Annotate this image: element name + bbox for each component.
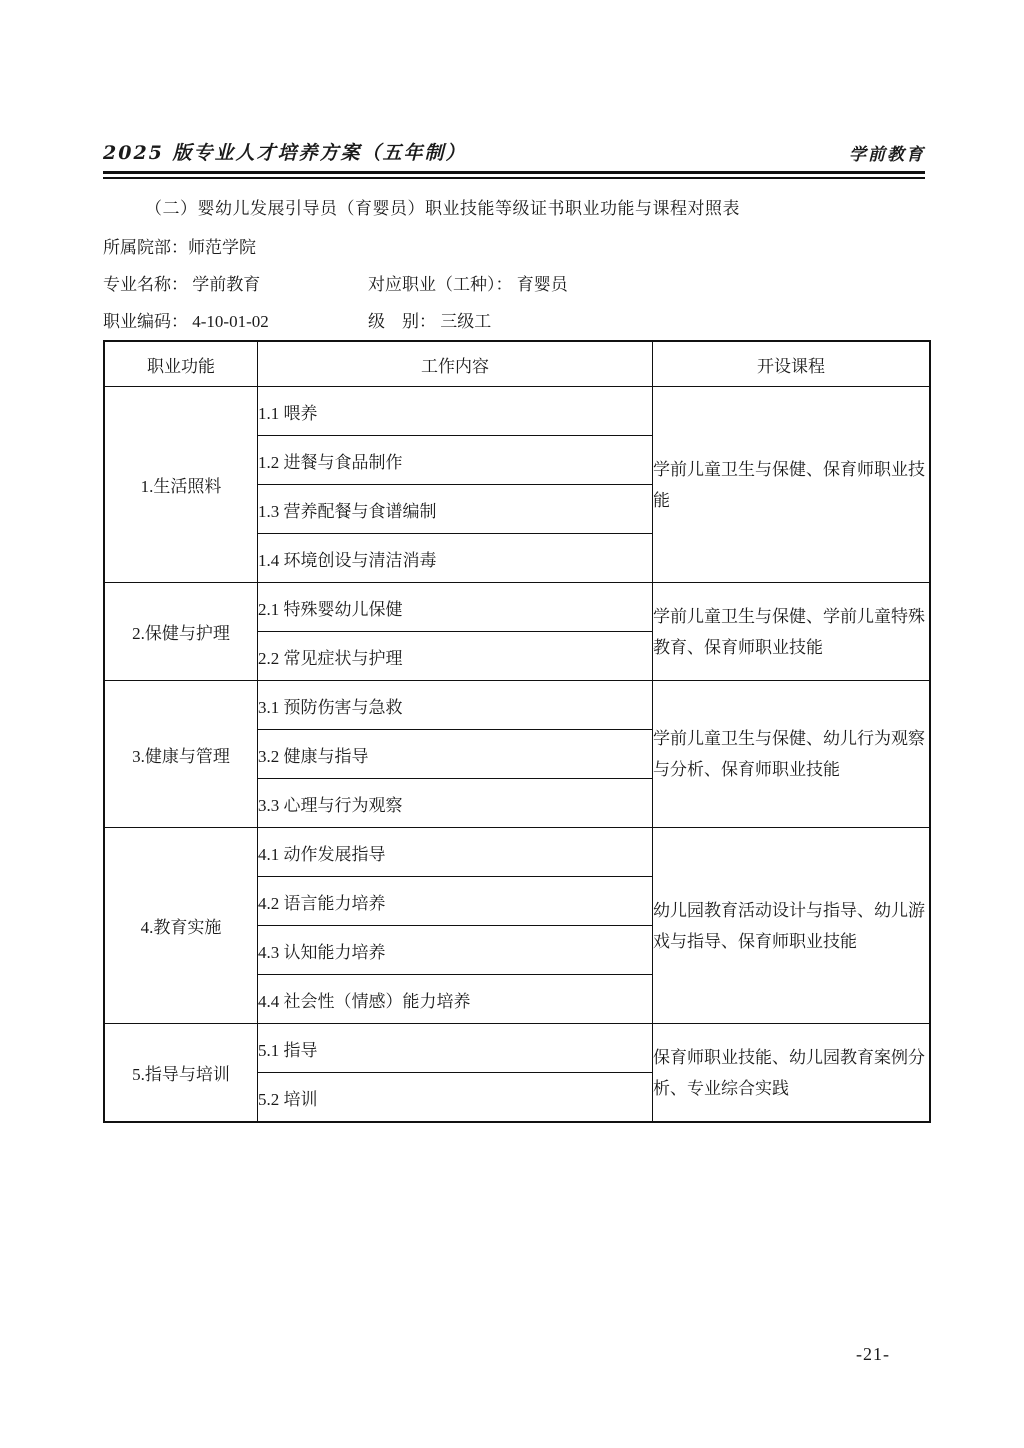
department-value: 师范学院 — [188, 233, 256, 258]
function-cell: 3.健康与管理 — [104, 681, 258, 828]
info-line-code: 职业编码： 4-10-01-02 级 别： 三级工 — [103, 301, 925, 338]
task-cell: 1.2 进餐与食品制作 — [258, 436, 653, 485]
document-page: 2025 版专业人才培养方案（五年制） 学前教育 （二）婴幼儿发展引导员（育婴员… — [0, 0, 1024, 1448]
mapping-table: 职业功能工作内容开设课程 1.生活照料1.1 喂养学前儿童卫生与保健、保育师职业… — [103, 340, 931, 1123]
header-double-rule — [103, 171, 925, 179]
table-row: 1.生活照料1.1 喂养学前儿童卫生与保健、保育师职业技能 — [104, 387, 930, 436]
course-cell: 保育师职业技能、幼儿园教育案例分析、专业综合实践 — [653, 1024, 931, 1123]
function-cell: 5.指导与培训 — [104, 1024, 258, 1123]
code-label: 职业编码： — [103, 312, 188, 331]
table-row: 3.健康与管理3.1 预防伤害与急救学前儿童卫生与保健、幼儿行为观察与分析、保育… — [104, 681, 930, 730]
running-header: 2025 版专业人才培养方案（五年制） 学前教育 — [103, 138, 925, 179]
task-cell: 1.4 环境创设与清洁消毒 — [258, 534, 653, 583]
column-header-2: 开设课程 — [653, 341, 931, 387]
task-cell: 4.3 认知能力培养 — [258, 926, 653, 975]
task-cell: 2.1 特殊婴幼儿保健 — [258, 583, 653, 632]
table-row: 4.教育实施4.1 动作发展指导幼儿园教育活动设计与指导、幼儿游戏与指导、保育师… — [104, 828, 930, 877]
page-number: -21- — [856, 1344, 890, 1365]
occupation-label: 对应职业（工种）： — [368, 275, 513, 294]
table-row: 2.保健与护理2.1 特殊婴幼儿保健学前儿童卫生与保健、学前儿童特殊教育、保育师… — [104, 583, 930, 632]
task-cell: 4.2 语言能力培养 — [258, 877, 653, 926]
task-cell: 5.2 培训 — [258, 1073, 653, 1123]
course-cell: 学前儿童卫生与保健、学前儿童特殊教育、保育师职业技能 — [653, 583, 931, 681]
occupation-value: 育婴员 — [517, 275, 568, 294]
course-cell: 学前儿童卫生与保健、保育师职业技能 — [653, 387, 931, 583]
info-line-major: 专业名称： 学前教育 对应职业（工种）： 育婴员 — [103, 264, 925, 301]
mapping-table-body: 1.生活照料1.1 喂养学前儿童卫生与保健、保育师职业技能1.2 进餐与食品制作… — [104, 387, 930, 1123]
mapping-table-head: 职业功能工作内容开设课程 — [104, 341, 930, 387]
header-program-title: 2025 版专业人才培养方案（五年制） — [103, 138, 467, 165]
function-cell: 1.生活照料 — [104, 387, 258, 583]
level-value: 三级工 — [440, 312, 491, 331]
task-cell: 4.4 社会性（情感）能力培养 — [258, 975, 653, 1024]
task-cell: 5.1 指导 — [258, 1024, 653, 1073]
major-label: 专业名称： — [103, 275, 188, 294]
level-label: 级 别： — [368, 312, 436, 331]
major-value: 学前教育 — [192, 275, 260, 294]
course-cell: 学前儿童卫生与保健、幼儿行为观察与分析、保育师职业技能 — [653, 681, 931, 828]
department-label: 所属院部： — [103, 233, 188, 258]
task-cell: 3.3 心理与行为观察 — [258, 779, 653, 828]
task-cell: 3.2 健康与指导 — [258, 730, 653, 779]
column-header-0: 职业功能 — [104, 341, 258, 387]
task-cell: 1.1 喂养 — [258, 387, 653, 436]
function-cell: 2.保健与护理 — [104, 583, 258, 681]
info-line-department: 所属院部： 师范学院 — [103, 227, 925, 264]
task-cell: 4.1 动作发展指导 — [258, 828, 653, 877]
task-cell: 3.1 预防伤害与急救 — [258, 681, 653, 730]
task-cell: 1.3 营养配餐与食谱编制 — [258, 485, 653, 534]
section-title: （二）婴幼儿发展引导员（育婴员）职业技能等级证书职业功能与课程对照表 — [103, 194, 925, 219]
code-value: 4-10-01-02 — [192, 312, 268, 331]
header-major-name: 学前教育 — [849, 140, 925, 165]
table-row: 5.指导与培训5.1 指导保育师职业技能、幼儿园教育案例分析、专业综合实践 — [104, 1024, 930, 1073]
column-header-1: 工作内容 — [258, 341, 653, 387]
function-cell: 4.教育实施 — [104, 828, 258, 1024]
task-cell: 2.2 常见症状与护理 — [258, 632, 653, 681]
course-cell: 幼儿园教育活动设计与指导、幼儿游戏与指导、保育师职业技能 — [653, 828, 931, 1024]
